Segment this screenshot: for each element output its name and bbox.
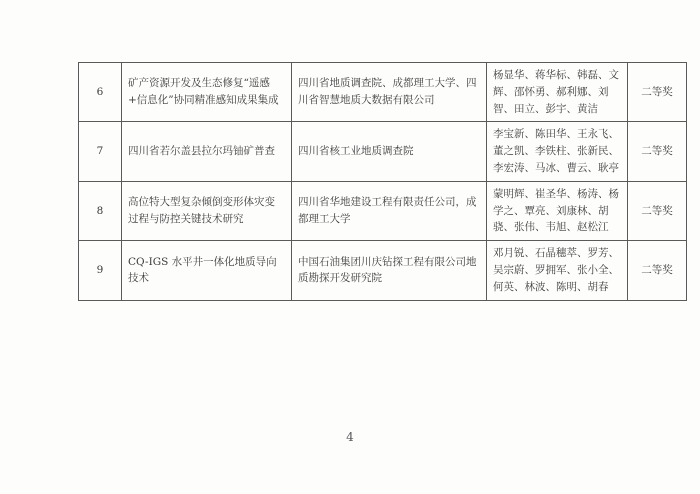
- page-number: 4: [0, 430, 700, 444]
- project-name: 矿产资源开发及生态修复“遥感+信息化”协同精准感知成果集成: [122, 63, 292, 122]
- awardees: 蒙明辉、崔圣华、杨涛、杨学之、覃亮、刘康林、胡骁、张伟、韦旭、赵松江: [487, 181, 628, 240]
- row-number: 7: [79, 122, 122, 181]
- award-grade: 二等奖: [628, 122, 687, 181]
- table-row: 6 矿产资源开发及生态修复“遥感+信息化”协同精准感知成果集成 四川省地质调查院…: [79, 63, 687, 122]
- row-number: 6: [79, 63, 122, 122]
- project-name: 高位特大型复杂倾倒变形体灾变过程与防控关键技术研究: [122, 181, 292, 240]
- organization: 中国石油集团川庆钻探工程有限公司地质勘探开发研究院: [292, 241, 487, 300]
- table-row: 8 高位特大型复杂倾倒变形体灾变过程与防控关键技术研究 四川省华地建设工程有限责…: [79, 181, 687, 240]
- document-page: 6 矿产资源开发及生态修复“遥感+信息化”协同精准感知成果集成 四川省地质调查院…: [0, 0, 700, 494]
- organization: 四川省地质调查院、成都理工大学、四川省智慧地质大数据有限公司: [292, 63, 487, 122]
- organization: 四川省核工业地质调查院: [292, 122, 487, 181]
- awardees: 李宝新、陈田华、王永飞、董之凯、李铁柱、张新民、李宏涛、马冰、曹云、耿亭: [487, 122, 628, 181]
- awardees: 杨显华、蒋华标、韩磊、文辉、邵怀勇、郝利娜、刘智、田立、彭宇、黄洁: [487, 63, 628, 122]
- table-row: 7 四川省若尔盖县拉尔玛铀矿普查 四川省核工业地质调查院 李宝新、陈田华、王永飞…: [79, 122, 687, 181]
- row-number: 9: [79, 241, 122, 300]
- awardees: 邓月锐、石晶穗萃、罗芳、吴宗蔚、罗拥军、张小全、何英、林波、陈明、胡春: [487, 241, 628, 300]
- award-grade: 二等奖: [628, 181, 687, 240]
- table-row: 9 CQ-IGS 水平井一体化地质导向技术 中国石油集团川庆钻探工程有限公司地质…: [79, 241, 687, 300]
- row-number: 8: [79, 181, 122, 240]
- award-grade: 二等奖: [628, 241, 687, 300]
- project-name: 四川省若尔盖县拉尔玛铀矿普查: [122, 122, 292, 181]
- awards-table: 6 矿产资源开发及生态修复“遥感+信息化”协同精准感知成果集成 四川省地质调查院…: [78, 62, 687, 301]
- award-grade: 二等奖: [628, 63, 687, 122]
- project-name: CQ-IGS 水平井一体化地质导向技术: [122, 241, 292, 300]
- organization: 四川省华地建设工程有限责任公司，成都理工大学: [292, 181, 487, 240]
